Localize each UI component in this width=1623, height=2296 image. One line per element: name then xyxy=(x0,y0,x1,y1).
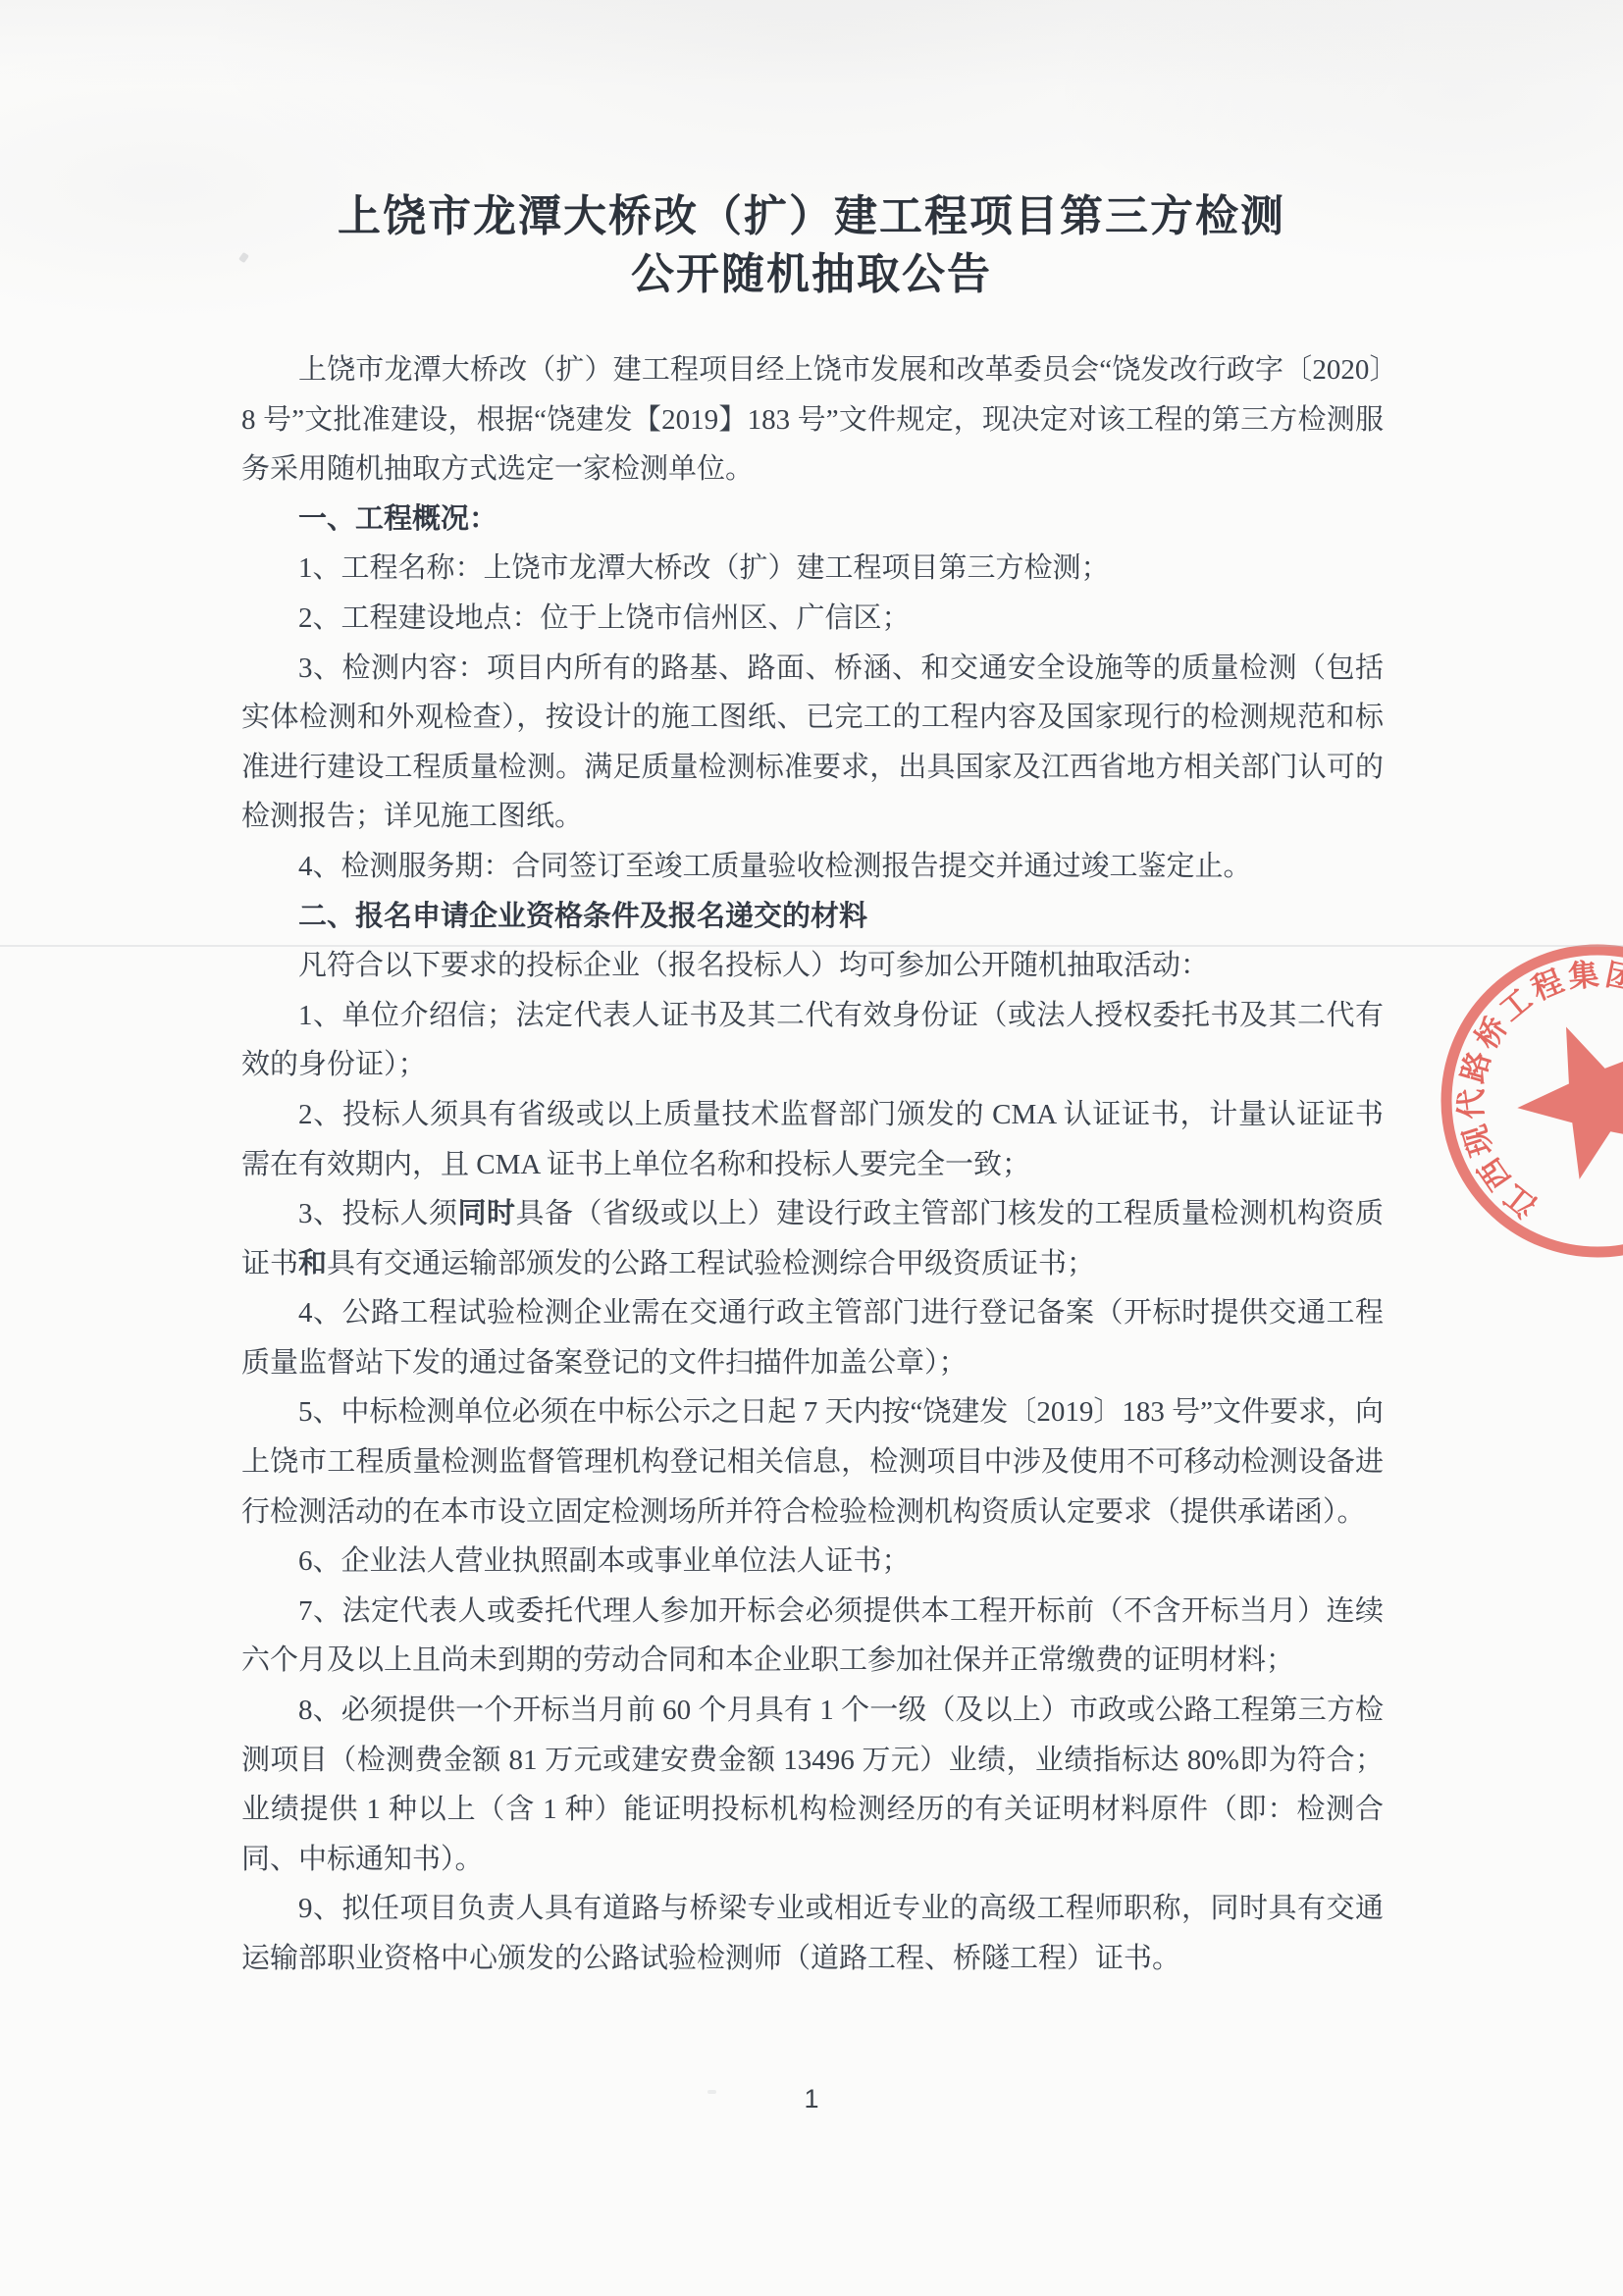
text-run: 上饶市龙潭大桥改（扩）建工程项目经上饶市发展和改革委员会“饶发改行政字〔2020… xyxy=(241,354,1384,485)
paragraph: 2、工程建设地点：位于上饶市信州区、广信区； xyxy=(241,594,1384,644)
text-run: 9、拟任项目负责人具有道路与桥梁专业或相近专业的高级工程师职称，同时具有交通运输… xyxy=(241,1893,1384,1974)
company-seal-stamp: 江西现代路桥工程集团有限公司 xyxy=(1429,932,1623,1270)
bold-text-run: 同时 xyxy=(458,1198,516,1229)
paragraph: 6、企业法人营业执照副本或事业单位法人证书； xyxy=(241,1537,1384,1587)
text-run: 3、投标人须 xyxy=(298,1198,458,1229)
text-run: 2、工程建设地点：位于上饶市信州区、广信区； xyxy=(298,602,911,634)
seal-star-icon xyxy=(1517,1027,1623,1179)
scan-artifact-line xyxy=(0,945,1623,947)
paragraph: 4、检测服务期：合同签订至竣工质量验收检测报告提交并通过竣工鉴定止。 xyxy=(241,842,1384,892)
paragraph: 8、必须提供一个开标当月前 60 个月具有 1 个一级（及以上）市政或公路工程第… xyxy=(241,1686,1384,1884)
page-number: 1 xyxy=(0,2084,1623,2114)
paragraph: 5、中标检测单位必须在中标公示之日起 7 天内按“饶建发〔2019〕183 号”… xyxy=(241,1387,1384,1537)
paragraph: 上饶市龙潭大桥改（扩）建工程项目经上饶市发展和改革委员会“饶发改行政字〔2020… xyxy=(241,345,1384,495)
text-run: 3、检测内容：项目内所有的路基、路面、桥涵、和交通安全设施等的质量检测（包括实体… xyxy=(241,652,1384,833)
bold-text-run: 二、报名申请企业资格条件及报名递交的材料 xyxy=(298,901,867,932)
scanned-document-page: 上饶市龙潭大桥改（扩）建工程项目第三方检测 公开随机抽取公告 上饶市龙潭大桥改（… xyxy=(0,0,1623,2296)
paragraph: 9、拟任项目负责人具有道路与桥梁专业或相近专业的高级工程师职称，同时具有交通运输… xyxy=(241,1884,1384,1983)
paragraph: 4、公路工程试验检测企业需在交通行政主管部门进行登记备案（开标时提供交通工程质量… xyxy=(241,1288,1384,1387)
text-run: 4、检测服务期：合同签订至竣工质量验收检测报告提交并通过竣工鉴定止。 xyxy=(298,851,1252,882)
text-run: 7、法定代表人或委托代理人参加开标会必须提供本工程开标前（不含开标当月）连续六个… xyxy=(241,1595,1384,1677)
paragraph: 1、工程名称：上饶市龙潭大桥改（扩）建工程项目第三方检测； xyxy=(241,544,1384,594)
section-heading: 一、工程概况： xyxy=(241,495,1384,545)
text-run: 1、工程名称：上饶市龙潭大桥改（扩）建工程项目第三方检测； xyxy=(298,552,1110,584)
section-heading: 二、报名申请企业资格条件及报名递交的材料 xyxy=(241,892,1384,942)
text-run: 具有交通运输部颁发的公路工程试验检测综合甲级资质证书； xyxy=(327,1248,1095,1279)
page-title: 上饶市龙潭大桥改（扩）建工程项目第三方检测 公开随机抽取公告 xyxy=(0,187,1623,303)
paragraph: 凡符合以下要求的投标企业（报名投标人）均可参加公开随机抽取活动： xyxy=(241,941,1384,991)
paragraph: 3、检测内容：项目内所有的路基、路面、桥涵、和交通安全设施等的质量检测（包括实体… xyxy=(241,644,1384,842)
paragraph: 2、投标人须具有省级或以上质量技术监督部门颁发的 CMA 认证证书，计量认证证书… xyxy=(241,1090,1384,1189)
paragraph: 7、法定代表人或委托代理人参加开标会必须提供本工程开标前（不含开标当月）连续六个… xyxy=(241,1587,1384,1686)
text-run: 2、投标人须具有省级或以上质量技术监督部门颁发的 CMA 认证证书，计量认证证书… xyxy=(241,1099,1384,1180)
text-run: 1、单位介绍信；法定代表人证书及其二代有效身份证（或法人授权委托书及其二代有效的… xyxy=(241,1000,1384,1081)
text-run: 8、必须提供一个开标当月前 60 个月具有 1 个一级（及以上）市政或公路工程第… xyxy=(241,1695,1384,1875)
bold-text-run: 一、工程概况： xyxy=(298,503,497,535)
paragraph: 1、单位介绍信；法定代表人证书及其二代有效身份证（或法人授权委托书及其二代有效的… xyxy=(241,991,1384,1090)
body-text: 上饶市龙潭大桥改（扩）建工程项目经上饶市发展和改革委员会“饶发改行政字〔2020… xyxy=(241,345,1384,1984)
bold-text-run: 和 xyxy=(298,1248,327,1279)
text-run: 5、中标检测单位必须在中标公示之日起 7 天内按“饶建发〔2019〕183 号”… xyxy=(241,1396,1384,1527)
text-run: 6、企业法人营业执照副本或事业单位法人证书； xyxy=(298,1545,911,1577)
paragraph: 3、投标人须同时具备（省级或以上）建设行政主管部门核发的工程质量检测机构资质证书… xyxy=(241,1189,1384,1288)
text-run: 4、公路工程试验检测企业需在交通行政主管部门进行登记备案（开标时提供交通工程质量… xyxy=(241,1297,1384,1379)
page-title-line1: 上饶市龙潭大桥改（扩）建工程项目第三方检测 xyxy=(0,187,1623,245)
text-run: 凡符合以下要求的投标企业（报名投标人）均可参加公开随机抽取活动： xyxy=(298,950,1209,981)
